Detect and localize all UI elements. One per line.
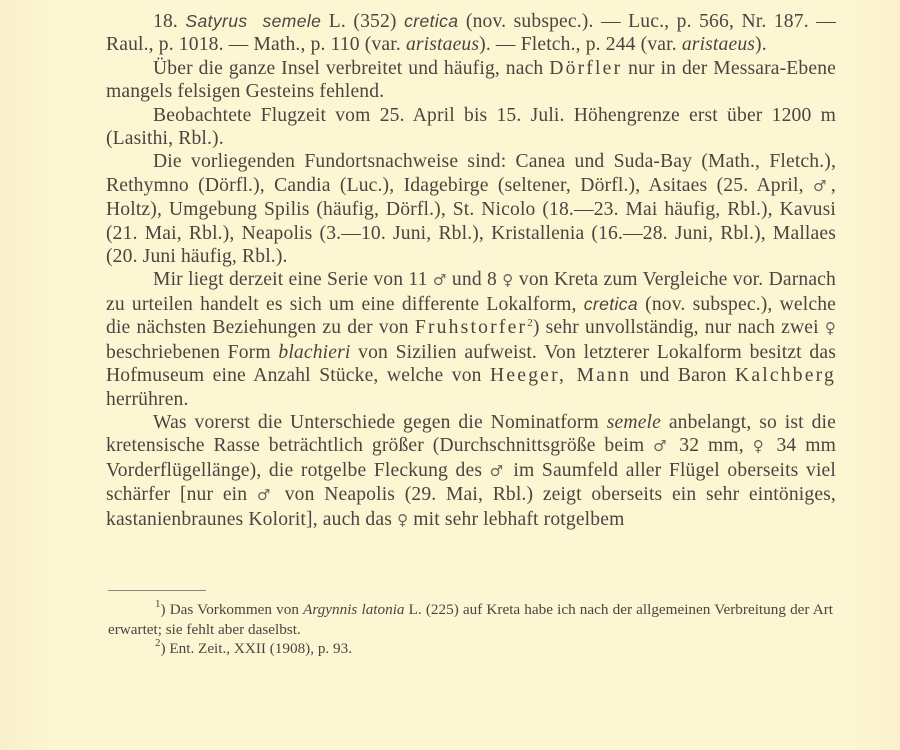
text-run: Die vorliegenden Fundortsnachweise sind:… [106, 151, 836, 195]
subspecies-name: cretica [584, 294, 638, 314]
variety-name: aristaeus [682, 34, 755, 55]
form-name: blachieri [278, 342, 350, 363]
footnotes: 1) Das Vorkommen von Argynnis latonia L.… [108, 600, 833, 659]
person-name: Fruhstorfer [415, 317, 527, 338]
person-names: Heeger, Mann [490, 365, 631, 386]
text-run: und Baron [631, 365, 735, 386]
female-symbol-icon: ♀ [397, 511, 408, 529]
female-symbol-icon: ♀ [825, 319, 836, 337]
text-run: Mir liegt derzeit eine Serie von 11 [153, 269, 433, 290]
text-run: ) sehr unvollständig, nur nach zwei [533, 317, 825, 338]
text-run: Was vorerst die Unterschiede gegen die N… [153, 412, 607, 433]
text-run: herrühren. [106, 389, 189, 410]
male-symbol-icon: ♂ [433, 271, 447, 289]
person-name: Kalchberg [735, 365, 836, 386]
female-symbol-icon: ♀ [502, 271, 513, 289]
paragraph-differences: Was vorerst die Unterschiede gegen die N… [106, 411, 836, 532]
paragraph-series: Mir liegt derzeit eine Serie von 11 ♂ un… [106, 268, 836, 410]
species-name: semele [262, 11, 321, 31]
body-text: 18. Satyrus semele L. (352) cretica (nov… [106, 10, 836, 532]
variety-name: aristaeus [406, 34, 479, 55]
male-symbol-icon: ♂ [490, 462, 506, 480]
nominate-form-name: semele [607, 412, 661, 433]
citations-cont: ). — Fletch., p. 244 (var. [479, 34, 682, 55]
subspecies-status: (nov. subspec.). [466, 11, 594, 32]
entry-number: 18. [153, 11, 178, 32]
male-symbol-icon: ♂ [813, 177, 831, 195]
species-author: L. [329, 11, 346, 32]
text-run: ) Das Vorkommen von [161, 601, 304, 618]
person-name: Dörfler [549, 58, 622, 79]
reference-number: (352) [353, 11, 396, 32]
subspecies-name: cretica [404, 11, 458, 31]
species-entry-heading: 18. Satyrus semele L. (352) cretica (nov… [106, 10, 836, 57]
text-run: und 8 [447, 269, 503, 290]
paragraph-localities: Die vorliegenden Fundortsnachweise sind:… [106, 150, 836, 268]
text-run: 32 mm, [670, 435, 752, 456]
paragraph-distribution: Über die ganze Insel verbreitet und häuf… [106, 57, 836, 104]
female-symbol-icon: ♀ [753, 437, 768, 455]
text-run: mit sehr lebhaft rotgelbem [408, 509, 624, 530]
footnote-divider [108, 590, 206, 591]
text-run: beschriebenen Form [106, 342, 278, 363]
citations-end: ). [755, 34, 767, 55]
text-run: Über die ganze Insel verbreitet und häuf… [153, 58, 549, 79]
male-symbol-icon: ♂ [653, 437, 670, 455]
document-page: 18. Satyrus semele L. (352) cretica (nov… [0, 0, 900, 750]
male-symbol-icon: ♂ [257, 486, 275, 504]
footnote-1: 1) Das Vorkommen von Argynnis latonia L.… [108, 600, 833, 639]
species-name: Argynnis latonia [303, 601, 404, 618]
text-run: ) Ent. Zeit., XXII (1908), p. 93. [161, 640, 353, 657]
footnote-2: 2) Ent. Zeit., XXII (1908), p. 93. [108, 639, 833, 659]
paragraph-flight-period: Beobachtete Flugzeit vom 25. April bis 1… [106, 104, 836, 151]
genus-name: Satyrus [185, 11, 247, 31]
